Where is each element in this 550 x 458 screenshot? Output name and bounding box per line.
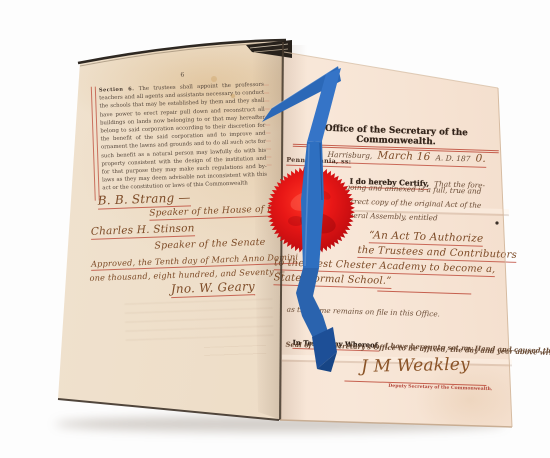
blue-ribbon: [0, 0, 550, 458]
document-photo: 6 Section 6. The trustees shall appoint …: [0, 0, 550, 458]
